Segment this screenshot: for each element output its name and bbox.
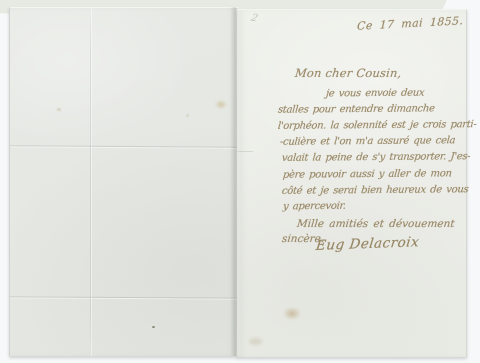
letter-body-line: -culière et l'on m'a assuré que cela (279, 135, 455, 148)
fold-crease-vertical (90, 8, 91, 356)
letter-body-line: père pouvoir aussi y aller de mon (282, 168, 452, 180)
fold-crease-horizontal-lower (10, 296, 238, 298)
ink-speck (152, 326, 155, 328)
fold-crease-stub (237, 151, 253, 152)
pencil-collection-mark: 2 (249, 13, 259, 25)
letter-closing-line: Mille amitiés et dévouement (296, 218, 455, 230)
letter-salutation: Mon cher Cousin, (294, 66, 402, 80)
letter-body-line: valait la peine de s'y transporter. J'es… (281, 151, 470, 164)
delacroix-signature: Eug Delacroix (315, 234, 420, 254)
foxing-spot (57, 108, 61, 111)
paper-stain (215, 100, 227, 109)
letter-body-line: l'orphéon. la solennité est je crois par… (277, 119, 477, 132)
paper-stain (249, 338, 262, 345)
letter-body-line: stalles pour entendre dimanche (277, 103, 435, 115)
letter-body-line: y apercevoir. (282, 201, 346, 213)
letter-body-line: côté et je serai bien heureux de vous (281, 184, 468, 197)
foxing-spot (186, 114, 189, 117)
letter-photograph: 2 Ce 17 mai 1855. Mon cher Cousin, je vo… (0, 0, 480, 363)
fold-crease-horizontal-upper (10, 145, 238, 148)
letter-right-page: 2 Ce 17 mai 1855. Mon cher Cousin, je vo… (237, 9, 467, 357)
letter-left-page (9, 7, 238, 356)
letter-body-line: je vous envoie deux (325, 88, 424, 100)
paper-stain (283, 307, 301, 320)
letter-date: Ce 17 mai 1855. (357, 14, 464, 33)
